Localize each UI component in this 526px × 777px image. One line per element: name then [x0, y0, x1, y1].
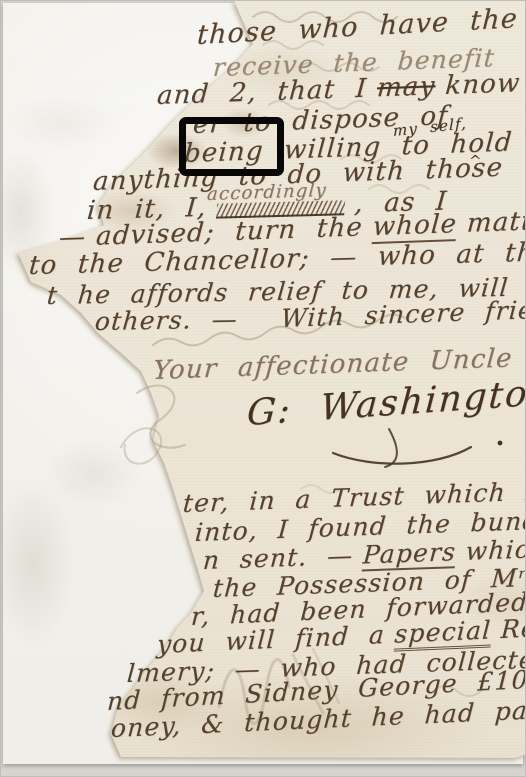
line-segment: matter: [466, 205, 526, 238]
annotation-rectangle: [179, 117, 284, 176]
line-segment: Rec: [500, 613, 526, 644]
signature-g-washington: G: Washington: [246, 372, 526, 433]
photo-frame: those who have the receive the benefit a…: [0, 0, 526, 777]
line-segment: know: [444, 68, 521, 101]
letter-line-11a: others. —: [94, 305, 239, 335]
line-segment: which: [465, 534, 526, 566]
underlined-word: whole: [372, 209, 459, 244]
struck-word: may: [376, 71, 437, 103]
dash-mark: —: [58, 222, 87, 253]
